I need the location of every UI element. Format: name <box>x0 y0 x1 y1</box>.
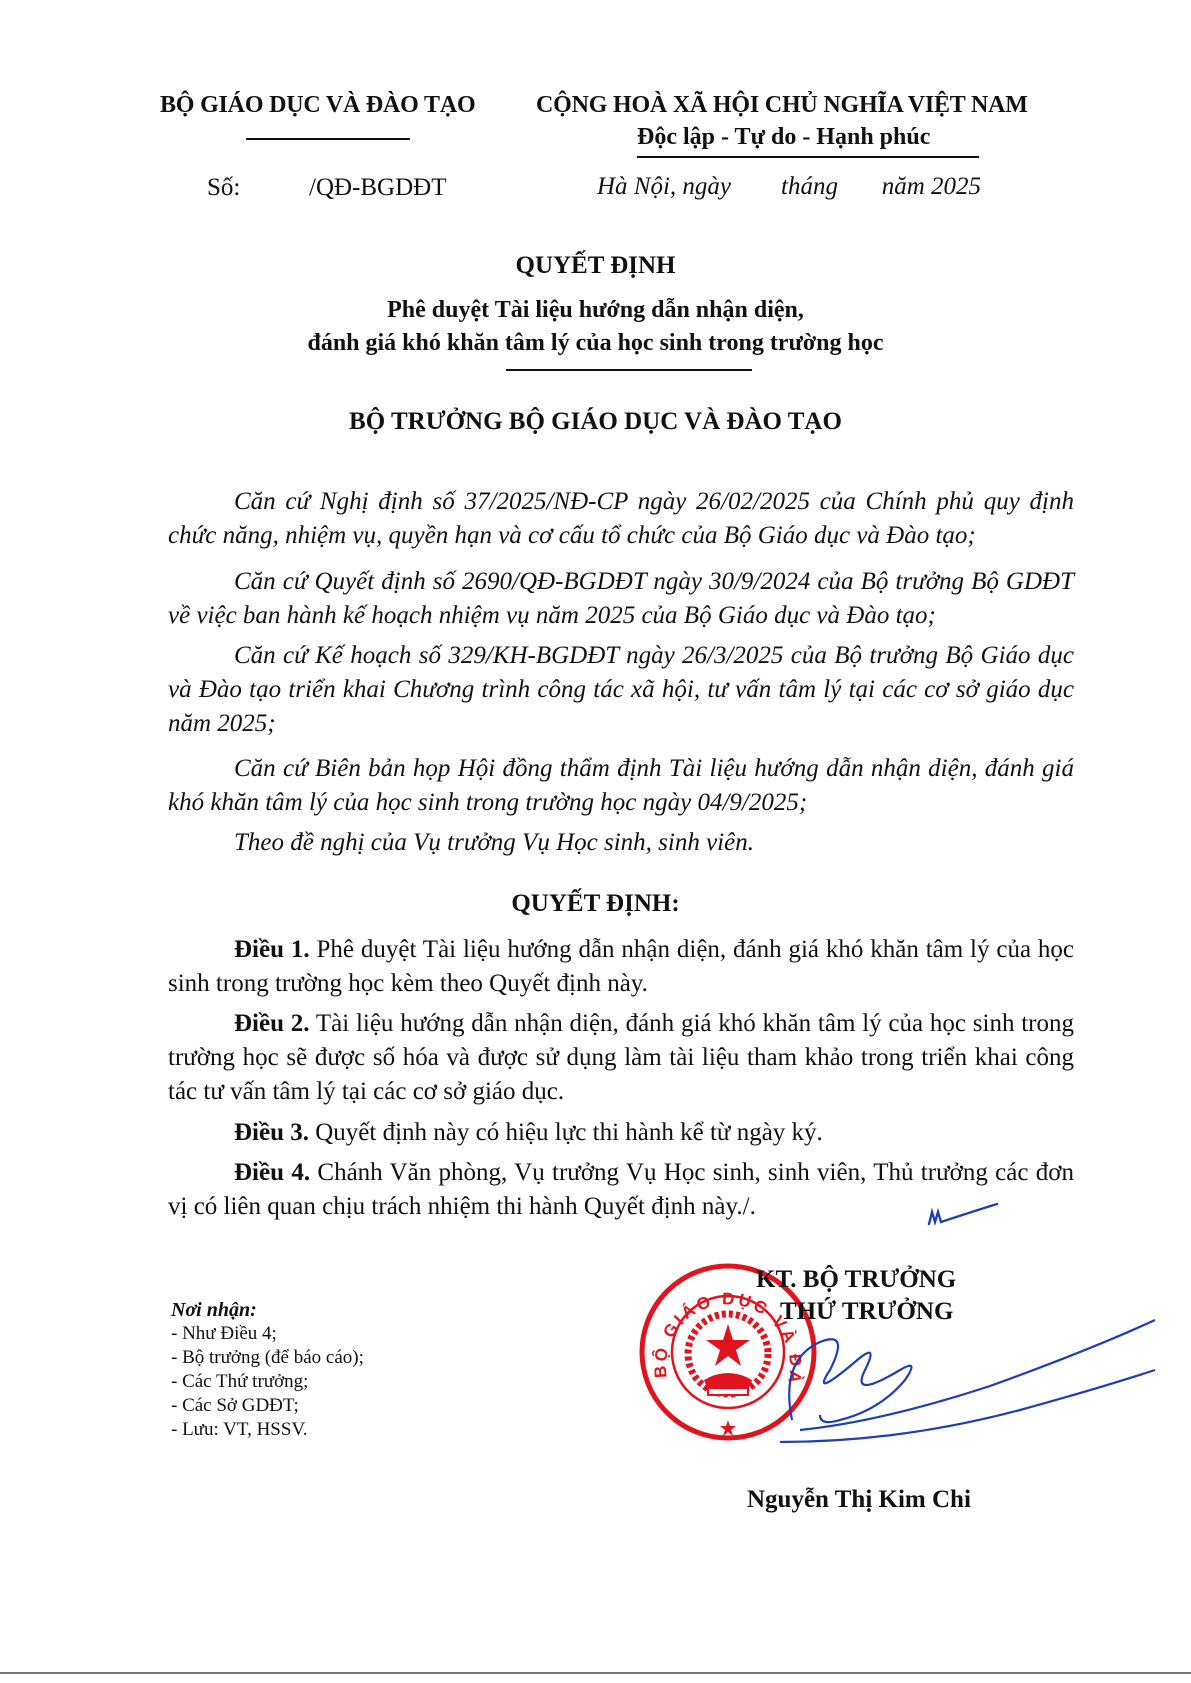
article-1: Điều 1. Phê duyệt Tài liệu hướng dẫn nhậ… <box>168 933 1074 1001</box>
national-motto: Độc lập - Tự do - Hạnh phúc <box>637 124 930 151</box>
preamble-item: Theo đề nghị của Vụ trưởng Vụ Học sinh, … <box>168 826 1074 860</box>
preamble-item: Căn cứ Quyết định số 2690/QĐ-BGDĐT ngày … <box>168 565 1074 633</box>
page-bottom-border <box>0 1672 1191 1674</box>
article-label: Điều 4. <box>234 1159 310 1186</box>
article-label: Điều 2. <box>234 1010 310 1037</box>
recipient-item: - Như Điều 4; <box>171 1322 364 1346</box>
recipients-block: Nơi nhận: - Như Điều 4; - Bộ trưởng (để … <box>171 1298 364 1442</box>
motto-underline <box>637 156 979 158</box>
preamble-item: Căn cứ Kế hoạch số 329/KH-BGDĐT ngày 26/… <box>168 639 1074 741</box>
preamble-item: Căn cứ Biên bản họp Hội đồng thẩm định T… <box>168 752 1074 820</box>
subject-line-2: đánh giá khó khăn tâm lý của học sinh tr… <box>0 330 1191 357</box>
issuing-authority: BỘ TRƯỞNG BỘ GIÁO DỤC VÀ ĐÀO TẠO <box>0 408 1191 436</box>
subject-line-1: Phê duyệt Tài liệu hướng dẫn nhận diện, <box>0 297 1191 324</box>
document-number-code: /QĐ-BGDĐT <box>309 174 447 202</box>
article-3: Điều 3. Quyết định này có hiệu lực thi h… <box>168 1116 1074 1150</box>
signature-on-behalf: KT. BỘ TRƯỞNG <box>756 1266 956 1294</box>
document-number-label: Số: <box>207 174 240 202</box>
article-2: Điều 2. Tài liệu hướng dẫn nhận diện, đá… <box>168 1007 1074 1109</box>
agency-underline <box>246 138 410 140</box>
recipient-item: - Các Sở GDĐT; <box>171 1394 364 1418</box>
signer-name: Nguyễn Thị Kim Chi <box>747 1486 971 1514</box>
place-and-date: Hà Nội, ngày tháng năm 2025 <box>597 173 981 201</box>
article-text: Quyết định này có hiệu lực thi hành kể t… <box>309 1119 823 1146</box>
article-label: Điều 1. <box>234 936 310 963</box>
national-title: CỘNG HOÀ XÃ HỘI CHỦ NGHĨA VIỆT NAM <box>536 92 1028 119</box>
decision-heading: QUYẾT ĐỊNH: <box>0 890 1191 918</box>
title-underline <box>506 369 752 371</box>
recipient-item: - Các Thứ trưởng; <box>171 1370 364 1394</box>
document-type: QUYẾT ĐỊNH <box>0 252 1191 280</box>
recipient-item: - Bộ trưởng (để báo cáo); <box>171 1346 364 1370</box>
issuing-agency: BỘ GIÁO DỤC VÀ ĐÀO TẠO <box>160 92 475 119</box>
recipients-title: Nơi nhận: <box>171 1298 364 1322</box>
handwritten-signature-icon <box>760 1300 1160 1470</box>
recipient-item: - Lưu: VT, HSSV. <box>171 1418 364 1442</box>
article-label: Điều 3. <box>234 1119 309 1146</box>
initials-mark-icon <box>925 1200 1000 1230</box>
preamble-item: Căn cứ Nghị định số 37/2025/NĐ-CP ngày 2… <box>168 485 1074 553</box>
